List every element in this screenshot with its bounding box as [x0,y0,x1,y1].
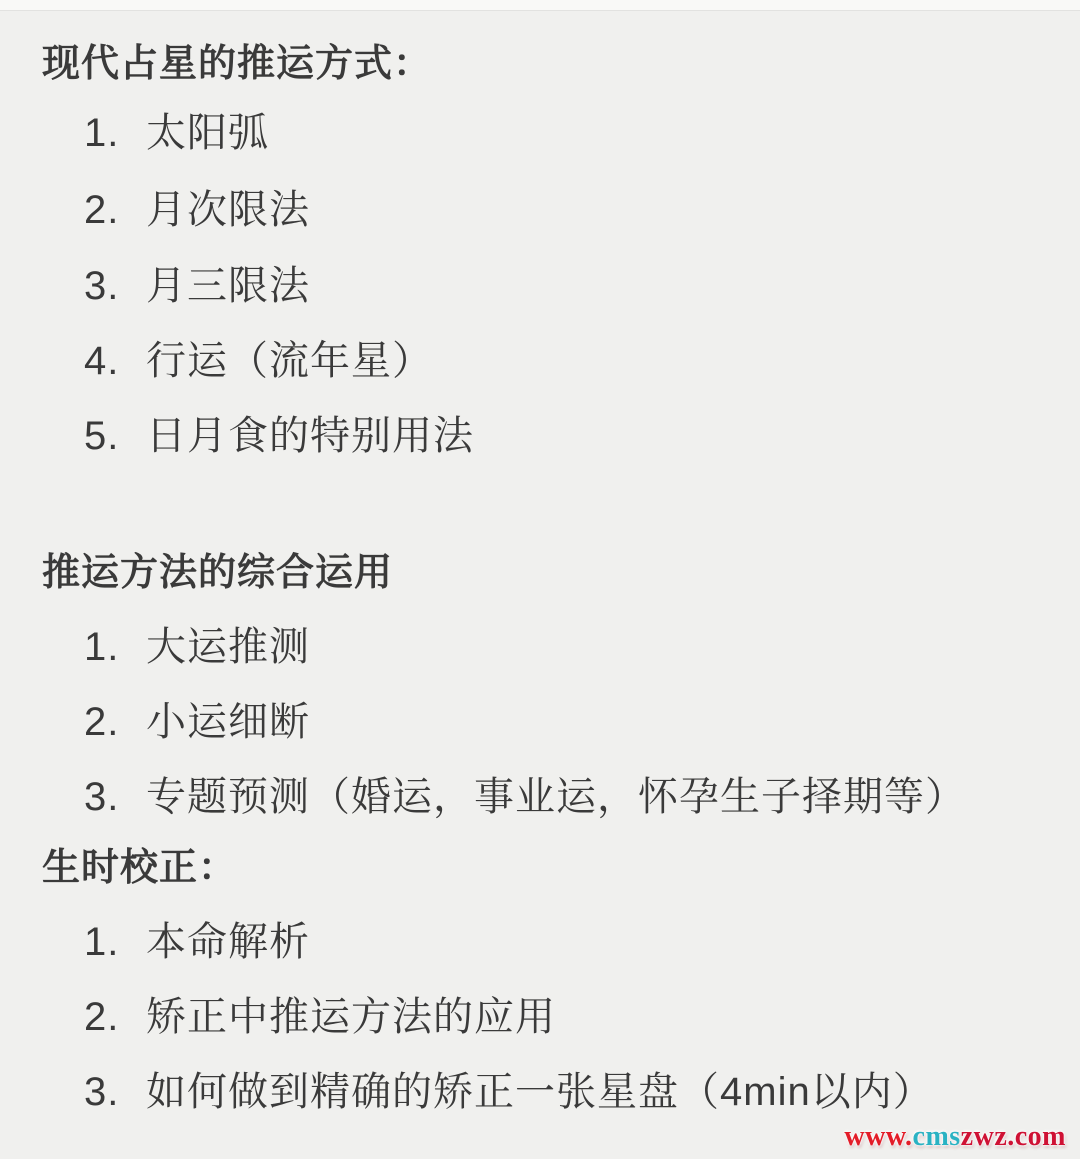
list-item-number: 3. [84,775,146,820]
list-item-text: 如何做到精确的矫正一张星盘（4min以内） [146,1070,934,1114]
notes-page: 现代占星的推运方式： 1.太阳弧 2.月次限法 3.月三限法 4.行运（流年星）… [0,0,1080,1159]
list-item-number: 1. [84,920,146,965]
list-item-text: 行运（流年星） [146,339,433,383]
section-heading-combined-application: 推运方法的综合运用 [42,541,393,596]
list-item-text: 日月食的特别用法 [146,414,474,458]
list-item-text: 小运细断 [146,700,310,744]
watermark-part-domain: zwz.com [961,1121,1066,1152]
top-edge-strip [0,0,1080,11]
list-item: 3.月三限法 [84,254,310,311]
list-item-number: 1. [84,625,146,670]
list-item: 2.月次限法 [84,178,310,235]
list-item-number: 2. [84,188,146,233]
list-item-number: 1. [84,111,146,156]
list-item-text: 专题预测（婚运，事业运，怀孕生子择期等） [146,775,966,819]
list-item-number: 5. [84,414,146,459]
list-item-number: 2. [84,995,146,1040]
section-heading-birth-time-rectification: 生时校正： [42,836,237,891]
watermark-url: www.cmszwz.com [844,1121,1066,1153]
list-item-number: 3. [84,1070,146,1115]
list-item: 2.小运细断 [84,690,310,747]
list-item: 3.专题预测（婚运，事业运，怀孕生子择期等） [84,765,966,822]
list-item-number: 3. [84,264,146,309]
list-item: 2.矫正中推运方法的应用 [84,985,556,1042]
list-item-text: 矫正中推运方法的应用 [146,995,556,1039]
list-item-text: 本命解析 [146,920,310,964]
watermark-part-cms: cms [913,1121,961,1152]
list-item-text: 大运推测 [146,625,310,669]
list-item: 3.如何做到精确的矫正一张星盘（4min以内） [84,1060,934,1117]
list-item-text: 太阳弧 [146,111,269,155]
list-item-number: 4. [84,339,146,384]
list-item: 5.日月食的特别用法 [84,404,474,461]
list-item: 4.行运（流年星） [84,329,433,386]
list-item: 1.本命解析 [84,910,310,967]
section-heading-progression-methods: 现代占星的推运方式： [42,32,432,87]
list-item-number: 2. [84,700,146,745]
list-item-text: 月次限法 [146,188,310,232]
list-item: 1.太阳弧 [84,101,269,158]
list-item: 1.大运推测 [84,615,310,672]
list-item-text: 月三限法 [146,264,310,308]
watermark-part-www: www. [844,1121,912,1152]
